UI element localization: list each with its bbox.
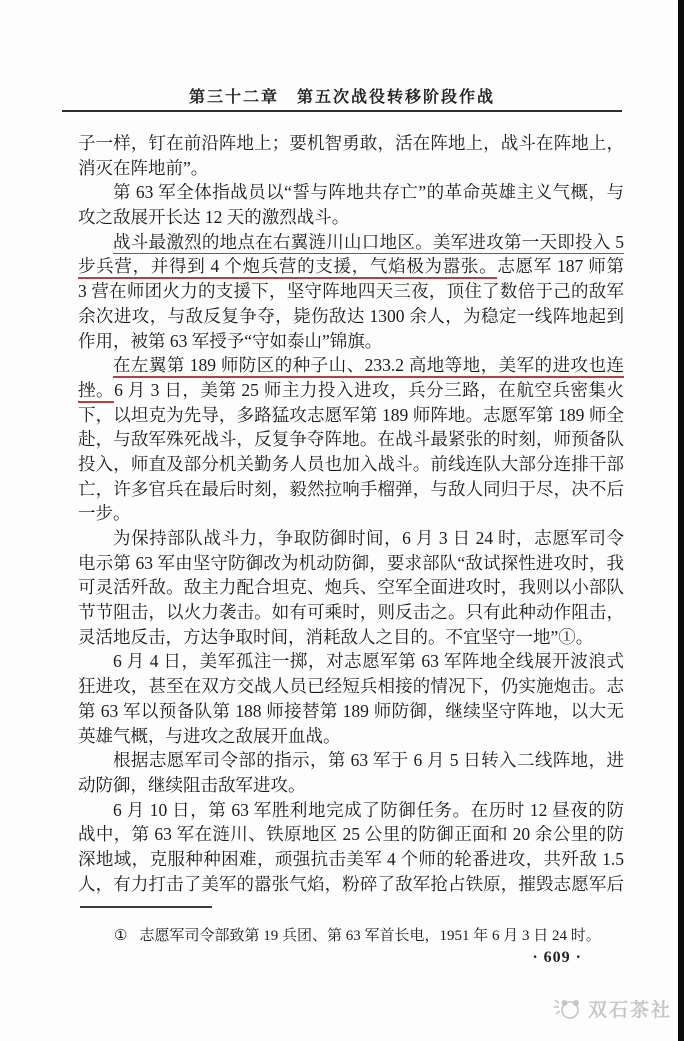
- body-text-line: 一步。: [78, 501, 624, 526]
- text-segment: 电示第 63 军由坚守防御改为机动防御，要求部队“敌试探性进攻时，我则: [78, 553, 624, 576]
- text-segment: 3 营在师团火力的支援下，坚守阵地四天三夜，顶住了数倍于己的敌军 10: [78, 281, 624, 304]
- text-segment: 6 月 3 日，美第 25 师主力投入进攻，兵分三路，在航空兵密集火力支援: [78, 380, 624, 403]
- body-text-line: 作用，被第 63 军授予“守如泰山”锦旗。: [78, 329, 624, 354]
- body-text-line: 战斗最激烈的地点在右翼涟川山口地区。美军进攻第一天即投入 5 个: [78, 230, 624, 255]
- text-segment: 消灭在阵地前”。: [78, 158, 208, 178]
- body-text-line: 根据志愿军司令部的指示，第 63 军于 6 月 5 日转入二线阵地，进行机: [78, 748, 624, 773]
- text-segment: 赴，与敌军殊死战斗，反复争夺阵地。在战斗最紧张的时刻，师预备队全部: [78, 429, 624, 452]
- panda-logo-icon: [553, 994, 583, 1022]
- body-text-line: 赴，与敌军殊死战斗，反复争夺阵地。在战斗最紧张的时刻，师预备队全部: [78, 427, 624, 452]
- text-segment: 为保持部队战斗力，争取防御时间，6 月 3 日 24 时，志愿军司令部及时: [113, 528, 624, 551]
- body-text-line: 亡，许多官兵在最后时刻，毅然拉响手榴弹，与敌人同归于尽，决不后退: [78, 477, 624, 502]
- body-text-line: 6 月 10 日，第 63 军胜利地完成了防御任务。在历时 12 昼夜的防御作: [78, 798, 624, 823]
- text-segment: 英雄气概，与进攻之敌展开血战。: [78, 726, 341, 746]
- text-segment: 一步。: [78, 503, 131, 523]
- body-text-line: 战中，第 63 军在涟川、铁原地区 25 公里的防御正面和 20 余公里的防御纵: [78, 822, 624, 847]
- page-body: 子一样，钉在前沿阵地上；要机智勇敢，活在阵地上，战斗在阵地上，将敌人消灭在阵地前…: [78, 131, 624, 896]
- watermark-text: 双石茶社: [588, 995, 672, 1022]
- body-text-line: 下，以坦克为先导，多路猛攻志愿军第 189 师阵地。志愿军第 189 师全力以: [78, 403, 624, 428]
- text-segment: 6 月 10 日，第 63 军胜利地完成了防御任务。在历时 12 昼夜的防御作: [113, 800, 624, 823]
- text-segment: 余次进攻，与敌反复争夺，毙伤敌达 1300 余人，为稳定一线阵地起到了重要: [78, 306, 624, 329]
- underlined-text: 战斗最激烈的地点在右翼涟川山口地区。: [113, 232, 433, 255]
- underlined-text: 步兵营，并得到 4 个炮兵营的支援，气焰极为嚣张。: [78, 256, 497, 279]
- body-text-line: 挫。6 月 3 日，美第 25 师主力投入进攻，兵分三路，在航空兵密集火力支援: [78, 378, 624, 403]
- body-text-line: 子一样，钉在前沿阵地上；要机智勇敢，活在阵地上，战斗在阵地上，将敌人: [78, 131, 624, 156]
- body-text-line: 步兵营，并得到 4 个炮兵营的支援，气焰极为嚣张。志愿军 187 师第 561 …: [78, 254, 624, 279]
- book-page: 第三十二章 第五次战役转移阶段作战 子一样，钉在前沿阵地上；要机智勇敢，活在阵地…: [0, 0, 684, 1041]
- body-text-line: 动防御，继续阻击敌军进攻。: [78, 773, 624, 798]
- body-text-line: 为保持部队战斗力，争取防御时间，6 月 3 日 24 时，志愿军司令部及时: [78, 526, 624, 551]
- text-segment: 节节阻击，以火力袭击。如有可乘时，则反击之。只有此种动作阻击，积极: [78, 602, 624, 625]
- text-segment: 第 63 军以预备队第 188 师接替第 189 师防御，继续坚守阵地，以大无畏…: [78, 701, 624, 724]
- text-segment: 下，以坦克为先导，多路猛攻志愿军第 189 师阵地。志愿军第 189 师全力以: [78, 405, 624, 428]
- body-text-line: 在左翼第 189 师防区的种子山、233.2 高地等地，美军的进攻也连续受: [78, 353, 624, 378]
- publisher-watermark: 双石茶社: [553, 994, 672, 1022]
- body-text-line: 狂进攻，甚至在双方交战人员已经短兵相接的情况下，仍实施炮击。志愿军: [78, 674, 624, 699]
- text-segment: 可灵活歼敌。敌主力配合坦克、炮兵、空军全面进攻时，我则以小部队分散: [78, 577, 624, 600]
- text-segment: 第 63 军全体指战员以“誓与阵地共存亡”的革命英雄主义气概，与进: [113, 182, 624, 205]
- scan-edge-bar: [678, 0, 684, 1041]
- underlined-text: 在左翼第 189 师防区的种子山、233.2 高地等地，美军的进攻也连续受: [113, 355, 624, 378]
- text-segment: 亡，许多官兵在最后时刻，毅然拉响手榴弹，与敌人同归于尽，决不后退: [78, 479, 624, 502]
- body-text-line: 6 月 4 日，美军孤注一掷，对志愿军第 63 军阵地全线展开波浪式的疯: [78, 649, 624, 674]
- text-segment: 攻之敌展开长达 12 天的激烈战斗。: [78, 207, 349, 227]
- text-segment: 动防御，继续阻击敌军进攻。: [78, 775, 306, 795]
- underlined-text: 挫。: [78, 380, 114, 403]
- header-rule: [62, 110, 622, 112]
- text-segment: 灵活地反击，方达争取时间，消耗敌人之目的。不宜坚守一地”①。: [78, 627, 593, 647]
- text-segment: 根据志愿军司令部的指示，第 63 军于 6 月 5 日转入二线阵地，进行机: [113, 750, 624, 773]
- text-segment: 6 月 4 日，美军孤注一掷，对志愿军第 63 军阵地全线展开波浪式的疯: [113, 651, 624, 674]
- body-text-line: 深地域，克服种种困难，顽强抗击美军 4 个师的轮番进攻，共歼敌 1.5 万余: [78, 847, 624, 872]
- page-number: · 609 ·: [532, 949, 582, 967]
- footnote-text: 志愿军司令部致第 19 兵团、第 63 军首长电，1951 年 6 月 3 日 …: [139, 928, 600, 944]
- text-segment: 投入，师直及部分机关勤务人员也加入战斗。前线连队大部分连排干部伤: [78, 454, 624, 477]
- body-text-line: 英雄气概，与进攻之敌展开血战。: [78, 724, 624, 749]
- body-text-line: 节节阻击，以火力袭击。如有可乘时，则反击之。只有此种动作阻击，积极: [78, 600, 624, 625]
- text-segment: 子一样，钉在前沿阵地上；要机智勇敢，活在阵地上，战斗在阵地上，将敌人: [78, 133, 624, 156]
- text-segment: 作用，被第 63 军授予“守如泰山”锦旗。: [78, 331, 382, 351]
- body-text-line: 投入，师直及部分机关勤务人员也加入战斗。前线连队大部分连排干部伤: [78, 452, 624, 477]
- chapter-running-head: 第三十二章 第五次战役转移阶段作战: [62, 84, 622, 107]
- body-text-line: 3 营在师团火力的支援下，坚守阵地四天三夜，顶住了数倍于己的敌军 10: [78, 279, 624, 304]
- body-text-line: 攻之敌展开长达 12 天的激烈战斗。: [78, 205, 624, 230]
- footnote-divider: [80, 906, 212, 908]
- body-text-line: 第 63 军以预备队第 188 师接替第 189 师防御，继续坚守阵地，以大无畏…: [78, 699, 624, 724]
- text-segment: 战中，第 63 军在涟川、铁原地区 25 公里的防御正面和 20 余公里的防御纵: [78, 824, 624, 847]
- body-text-line: 第 63 军全体指战员以“誓与阵地共存亡”的革命英雄主义气概，与进: [78, 180, 624, 205]
- body-text-line: 余次进攻，与敌反复争夺，毙伤敌达 1300 余人，为稳定一线阵地起到了重要: [78, 304, 624, 329]
- body-text-line: 消灭在阵地前”。: [78, 156, 624, 181]
- body-text-line: 人，有力打击了美军的嚣张气焰，粉碎了敌军抢占铁原，摧毁志愿军后方基: [78, 872, 624, 897]
- text-segment: 人，有力打击了美军的嚣张气焰，粉碎了敌军抢占铁原，摧毁志愿军后方基: [78, 874, 624, 897]
- body-text-line: 可灵活歼敌。敌主力配合坦克、炮兵、空军全面进攻时，我则以小部队分散: [78, 575, 624, 600]
- footnote: ①志愿军司令部致第 19 兵团、第 63 军首长电，1951 年 6 月 3 日…: [114, 924, 601, 945]
- text-segment: 狂进攻，甚至在双方交战人员已经短兵相接的情况下，仍实施炮击。志愿军: [78, 676, 624, 699]
- text-segment: 深地域，克服种种困难，顽强抗击美军 4 个师的轮番进攻，共歼敌 1.5 万余: [78, 849, 624, 872]
- body-text-line: 灵活地反击，方达争取时间，消耗敌人之目的。不宜坚守一地”①。: [78, 625, 624, 650]
- body-text-line: 电示第 63 军由坚守防御改为机动防御，要求部队“敌试探性进攻时，我则: [78, 551, 624, 576]
- footnote-marker: ①: [114, 928, 127, 944]
